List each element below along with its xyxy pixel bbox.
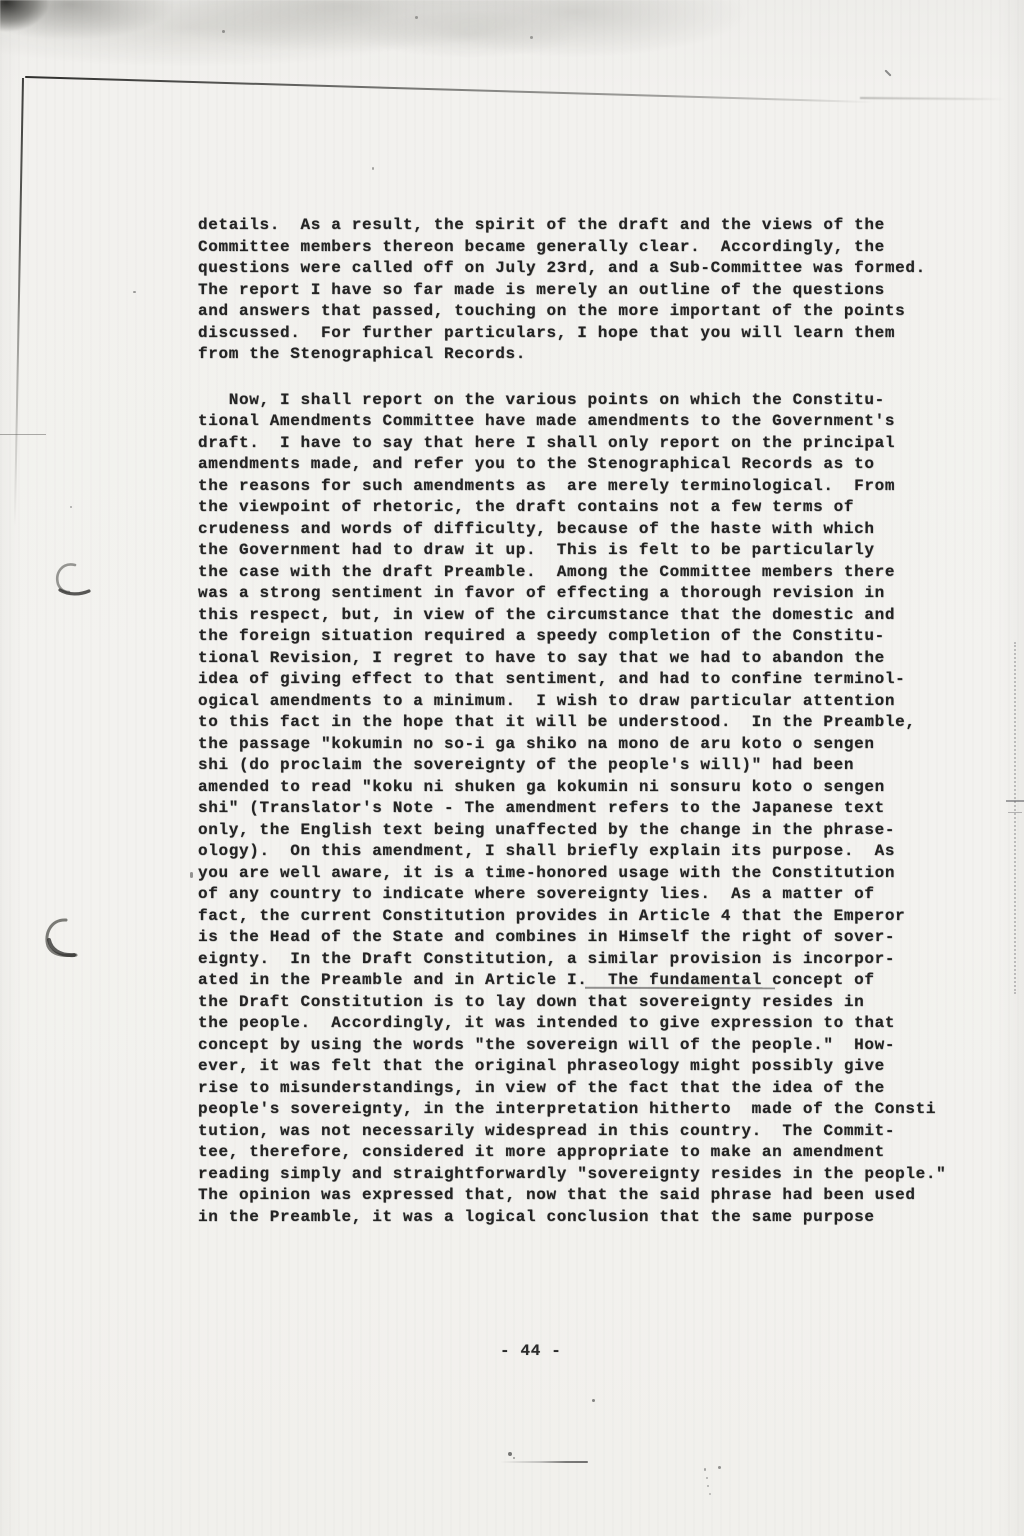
text-line: of any country to indicate where soverei… [198,884,973,906]
text-line: crudeness and words of difficulty, becau… [198,519,973,541]
text-line: in the Preamble, it was a logical conclu… [198,1207,973,1229]
text-line: tional Amendments Committee have made am… [198,411,973,433]
text-line: the foreign situation required a speedy … [198,626,973,648]
horizontal-line-artifact [25,76,873,104]
ink-speck [133,291,136,293]
text-line: shi (do proclaim the sovereignty of the … [198,755,973,777]
horizontal-line-artifact-tail [860,97,1005,100]
text-line: the Draft Constitution is to lay down th… [198,992,973,1014]
text-line: the viewpoint of rhetoric, the draft con… [198,497,973,519]
text-line: ever, it was felt that the original phra… [198,1056,973,1078]
scan-smudge-topleft [0,0,780,110]
text-line: idea of giving effect to that sentiment,… [198,669,973,691]
scanned-document-page: details. As a result, the spirit of the … [0,0,1024,1536]
ink-speck [530,36,533,39]
ink-speck [704,1468,706,1471]
text-line: details. As a result, the spirit of the … [198,215,973,237]
ink-speck [592,1399,595,1402]
ink-speck [884,69,891,76]
text-line: eignty. In the Draft Constitution, a sim… [198,949,973,971]
text-line: is the Head of the State and combines in… [198,927,973,949]
ink-speck [508,1452,512,1456]
text-line: from the Stenographical Records. [198,344,973,366]
right-edge-dotted-artifact [1014,642,1016,994]
ink-speck [707,1485,709,1487]
text-line: fact, the current Constitution provides … [198,906,973,928]
text-line: ology). On this amendment, I shall brief… [198,841,973,863]
text-line: only, the English text being unaffected … [198,820,973,842]
text-line: the reasons for such amendments as are m… [198,476,973,498]
text-line: the Government had to draw it up. This i… [198,540,973,562]
text-line: The opinion was expressed that, now that… [198,1185,973,1207]
pencil-check-mark-upper [50,560,92,602]
right-edge-tick-artifact [1006,800,1024,802]
text-line: tution, was not necessarily widespread i… [198,1121,973,1143]
text-line: and answers that passed, touching on the… [198,301,973,323]
pencil-check-mark-lower [40,914,84,964]
ink-speck [706,1477,708,1479]
text-line: the passage "kokumin no so-i ga shiko na… [198,734,973,756]
ink-speck [222,30,225,33]
text-line: this respect, but, in view of the circum… [198,605,973,627]
ink-speck [513,1457,515,1459]
text-line: tee, therefore, considered it more appro… [198,1142,973,1164]
ink-speck [709,1493,711,1495]
ink-streak [500,1461,588,1463]
ink-speck [372,167,374,170]
ink-speck [415,16,418,19]
text-line: rise to misunderstandings, in view of th… [198,1078,973,1100]
text-line: The report I have so far made is merely … [198,280,973,302]
text-line: the case with the draft Preamble. Among … [198,562,973,584]
document-text: details. As a result, the spirit of the … [198,215,973,1228]
page-number: - 44 - [500,1342,562,1360]
ink-speck [70,506,72,508]
paragraph: details. As a result, the spirit of the … [198,215,973,366]
right-edge-tick-artifact [1008,812,1022,813]
text-line: you are well aware, it is a time-honored… [198,863,973,885]
text-line: amendments made, and refer you to the St… [198,454,973,476]
text-line: reading simply and straightforwardly "so… [198,1164,973,1186]
left-margin-tick-artifact [0,434,46,435]
text-line: to this fact in the hope that it will be… [198,712,973,734]
text-line: Now, I shall report on the various point… [198,390,973,412]
text-line: draft. I have to say that here I shall o… [198,433,973,455]
text-line: Committee members thereon became general… [198,237,973,259]
ink-speck [718,1466,721,1469]
text-line: was a strong sentiment in favor of effec… [198,583,973,605]
text-line: ated in the Preamble and in Article I. T… [198,970,973,992]
text-line: people's sovereignty, in the interpretat… [198,1099,973,1121]
paragraph: Now, I shall report on the various point… [198,390,973,1229]
text-line: ogical amendments to a minimum. I wish t… [198,691,973,713]
text-line: tional Revision, I regret to have to say… [198,648,973,670]
text-line: amended to read "koku ni shuken ga kokum… [198,777,973,799]
text-line: concept by using the words "the sovereig… [198,1035,973,1057]
text-line: shi" (Translator's Note - The amendment … [198,798,973,820]
ink-speck [190,872,193,878]
left-margin-line-artifact [14,78,24,526]
text-line: the people. Accordingly, it was intended… [198,1013,973,1035]
text-line: questions were called off on July 23rd, … [198,258,973,280]
text-line: discussed. For further particulars, I ho… [198,323,973,345]
